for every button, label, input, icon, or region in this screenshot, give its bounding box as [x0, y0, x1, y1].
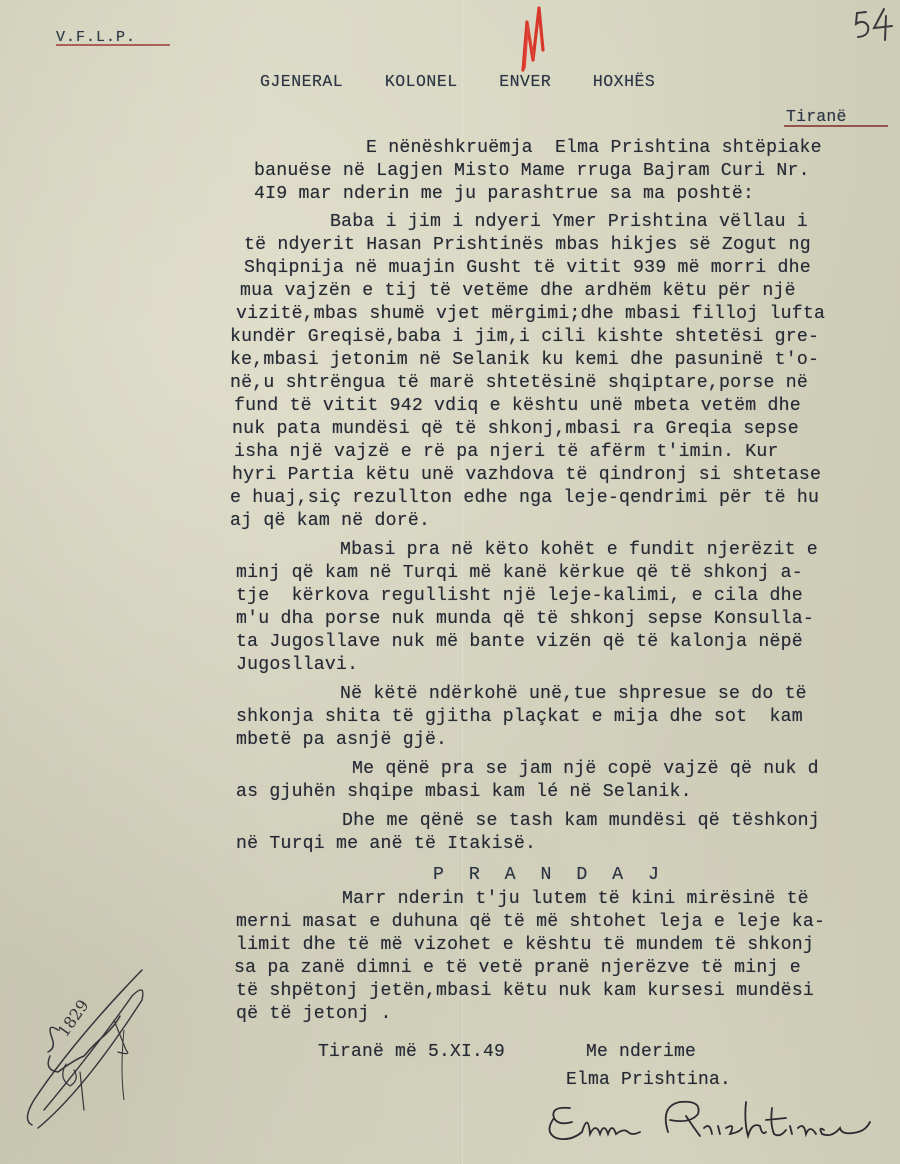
letter-line: në,u shtrëngua të marë shtetësinë shqipt…: [230, 372, 808, 394]
letter-line: në Turqi me anë të Itakisë.: [236, 833, 536, 855]
letter-line: 4I9 mar nderin me ju parashtrue sa ma po…: [254, 183, 754, 205]
letter-line: Jugosllavi.: [236, 654, 358, 676]
letter-line: e huaj,siç rezullton edhe nga leje-qendr…: [230, 487, 819, 509]
typed-name: Elma Prishtina.: [566, 1069, 731, 1091]
handwritten-signature: [540, 1092, 880, 1152]
closing-place-date: Tiranë më 5.XI.49: [318, 1041, 505, 1063]
letter-line: të shpëtonj jetën,mbasi këtu nuk kam kur…: [236, 980, 814, 1002]
place-underline: [784, 125, 888, 127]
letter-line: tje kërkova regullisht një leje-kalimi, …: [236, 585, 803, 607]
closing-salutation: Me nderime: [586, 1041, 696, 1063]
red-pencil-mark-icon: [515, 0, 555, 75]
margin-annotation-scrawl: 1829: [14, 960, 144, 1135]
letter-line: hyri Partia këtu unë vazhdova të qindron…: [232, 464, 821, 486]
letter-line: vizitë,mbas shumë vjet mërgimi;dhe mbasi…: [236, 303, 825, 325]
addressee-word-4: HOXHËS: [593, 72, 655, 91]
letter-line: merni masat e duhuna që të më shtohet le…: [236, 911, 825, 933]
letter-line: ke,mbasi jetonim në Selanik ku kemi dhe …: [230, 349, 819, 371]
addressee-word-2: KOLONEL: [385, 72, 458, 91]
letter-line: as gjuhën shqipe mbasi kam lé në Selanik…: [236, 781, 692, 803]
letter-line: isha një vajzë e rë pa njeri të afërm t'…: [234, 441, 779, 463]
letter-line: limit dhe të më vizohet e kështu të mund…: [236, 934, 814, 956]
letter-line: banuëse në Lagjen Misto Mame rruga Bajra…: [254, 160, 810, 182]
addressee-word-3: ENVER: [499, 72, 551, 91]
letter-line: Mbasi pra në këto kohët e fundit njerëzi…: [340, 539, 818, 561]
letter-line: mua vajzën e tij të vetëme dhe ardhëm kë…: [240, 280, 796, 302]
letter-line: E nënëshkruëmja Elma Prishtina shtëpiake: [366, 137, 822, 159]
letter-line: mbetë pa asnjë gjë.: [236, 729, 447, 751]
letter-line: fund të vitit 942 vdiq e kështu unë mbet…: [234, 395, 801, 417]
letter-line: Në këtë ndërkohë unë,tue shpresue se do …: [340, 683, 807, 705]
letter-line: Marr nderin t'ju lutem të kini mirësinë …: [342, 888, 809, 910]
letter-line: nuk pata mundësi që të shkonj,mbasi ra G…: [232, 418, 799, 440]
letter-line: m'u dha porse nuk munda që të shkonj sep…: [236, 608, 814, 630]
addressee-header: GJENERAL KOLONEL ENVER HOXHËS: [260, 71, 655, 93]
document-page: V.F.L.P. GJENERAL KOLONEL ENVER HOXHËS T…: [0, 0, 900, 1164]
reference-underline: [56, 44, 170, 46]
letter-line: ta Jugosllave nuk më bante vizën që të k…: [236, 631, 803, 653]
letter-line: të ndyerit Hasan Prishtinës mbas hikjes …: [244, 234, 811, 256]
handwritten-page-number: [852, 4, 896, 44]
addressee-word-1: GJENERAL: [260, 72, 343, 91]
letter-line: aj që kam në dorë.: [230, 510, 430, 532]
letter-line: Me qënë pra se jam një copë vajzë që nuk…: [352, 758, 819, 780]
letter-line: sa pa zanë dimni e të vetë pranë njerëzv…: [234, 957, 801, 979]
letter-line: Shqipnija në muajin Gusht të vitit 939 m…: [244, 257, 811, 279]
letter-line: shkonja shita të gjitha plaçkat e mija d…: [236, 706, 803, 728]
section-title-prandaj: P R A N D A J: [433, 864, 666, 886]
letter-line: kundër Greqisë,baba i jim,i cili kishte …: [230, 326, 819, 348]
letter-line: minj që kam në Turqi më kanë kërkue që t…: [236, 562, 803, 584]
letter-line: Dhe me qënë se tash kam mundësi që tëshk…: [342, 810, 820, 832]
margin-number: 1829: [54, 996, 93, 1040]
letter-line: që të jetonj .: [236, 1003, 392, 1025]
letter-line: Baba i jim i ndyeri Ymer Prishtina vëlla…: [330, 211, 808, 233]
